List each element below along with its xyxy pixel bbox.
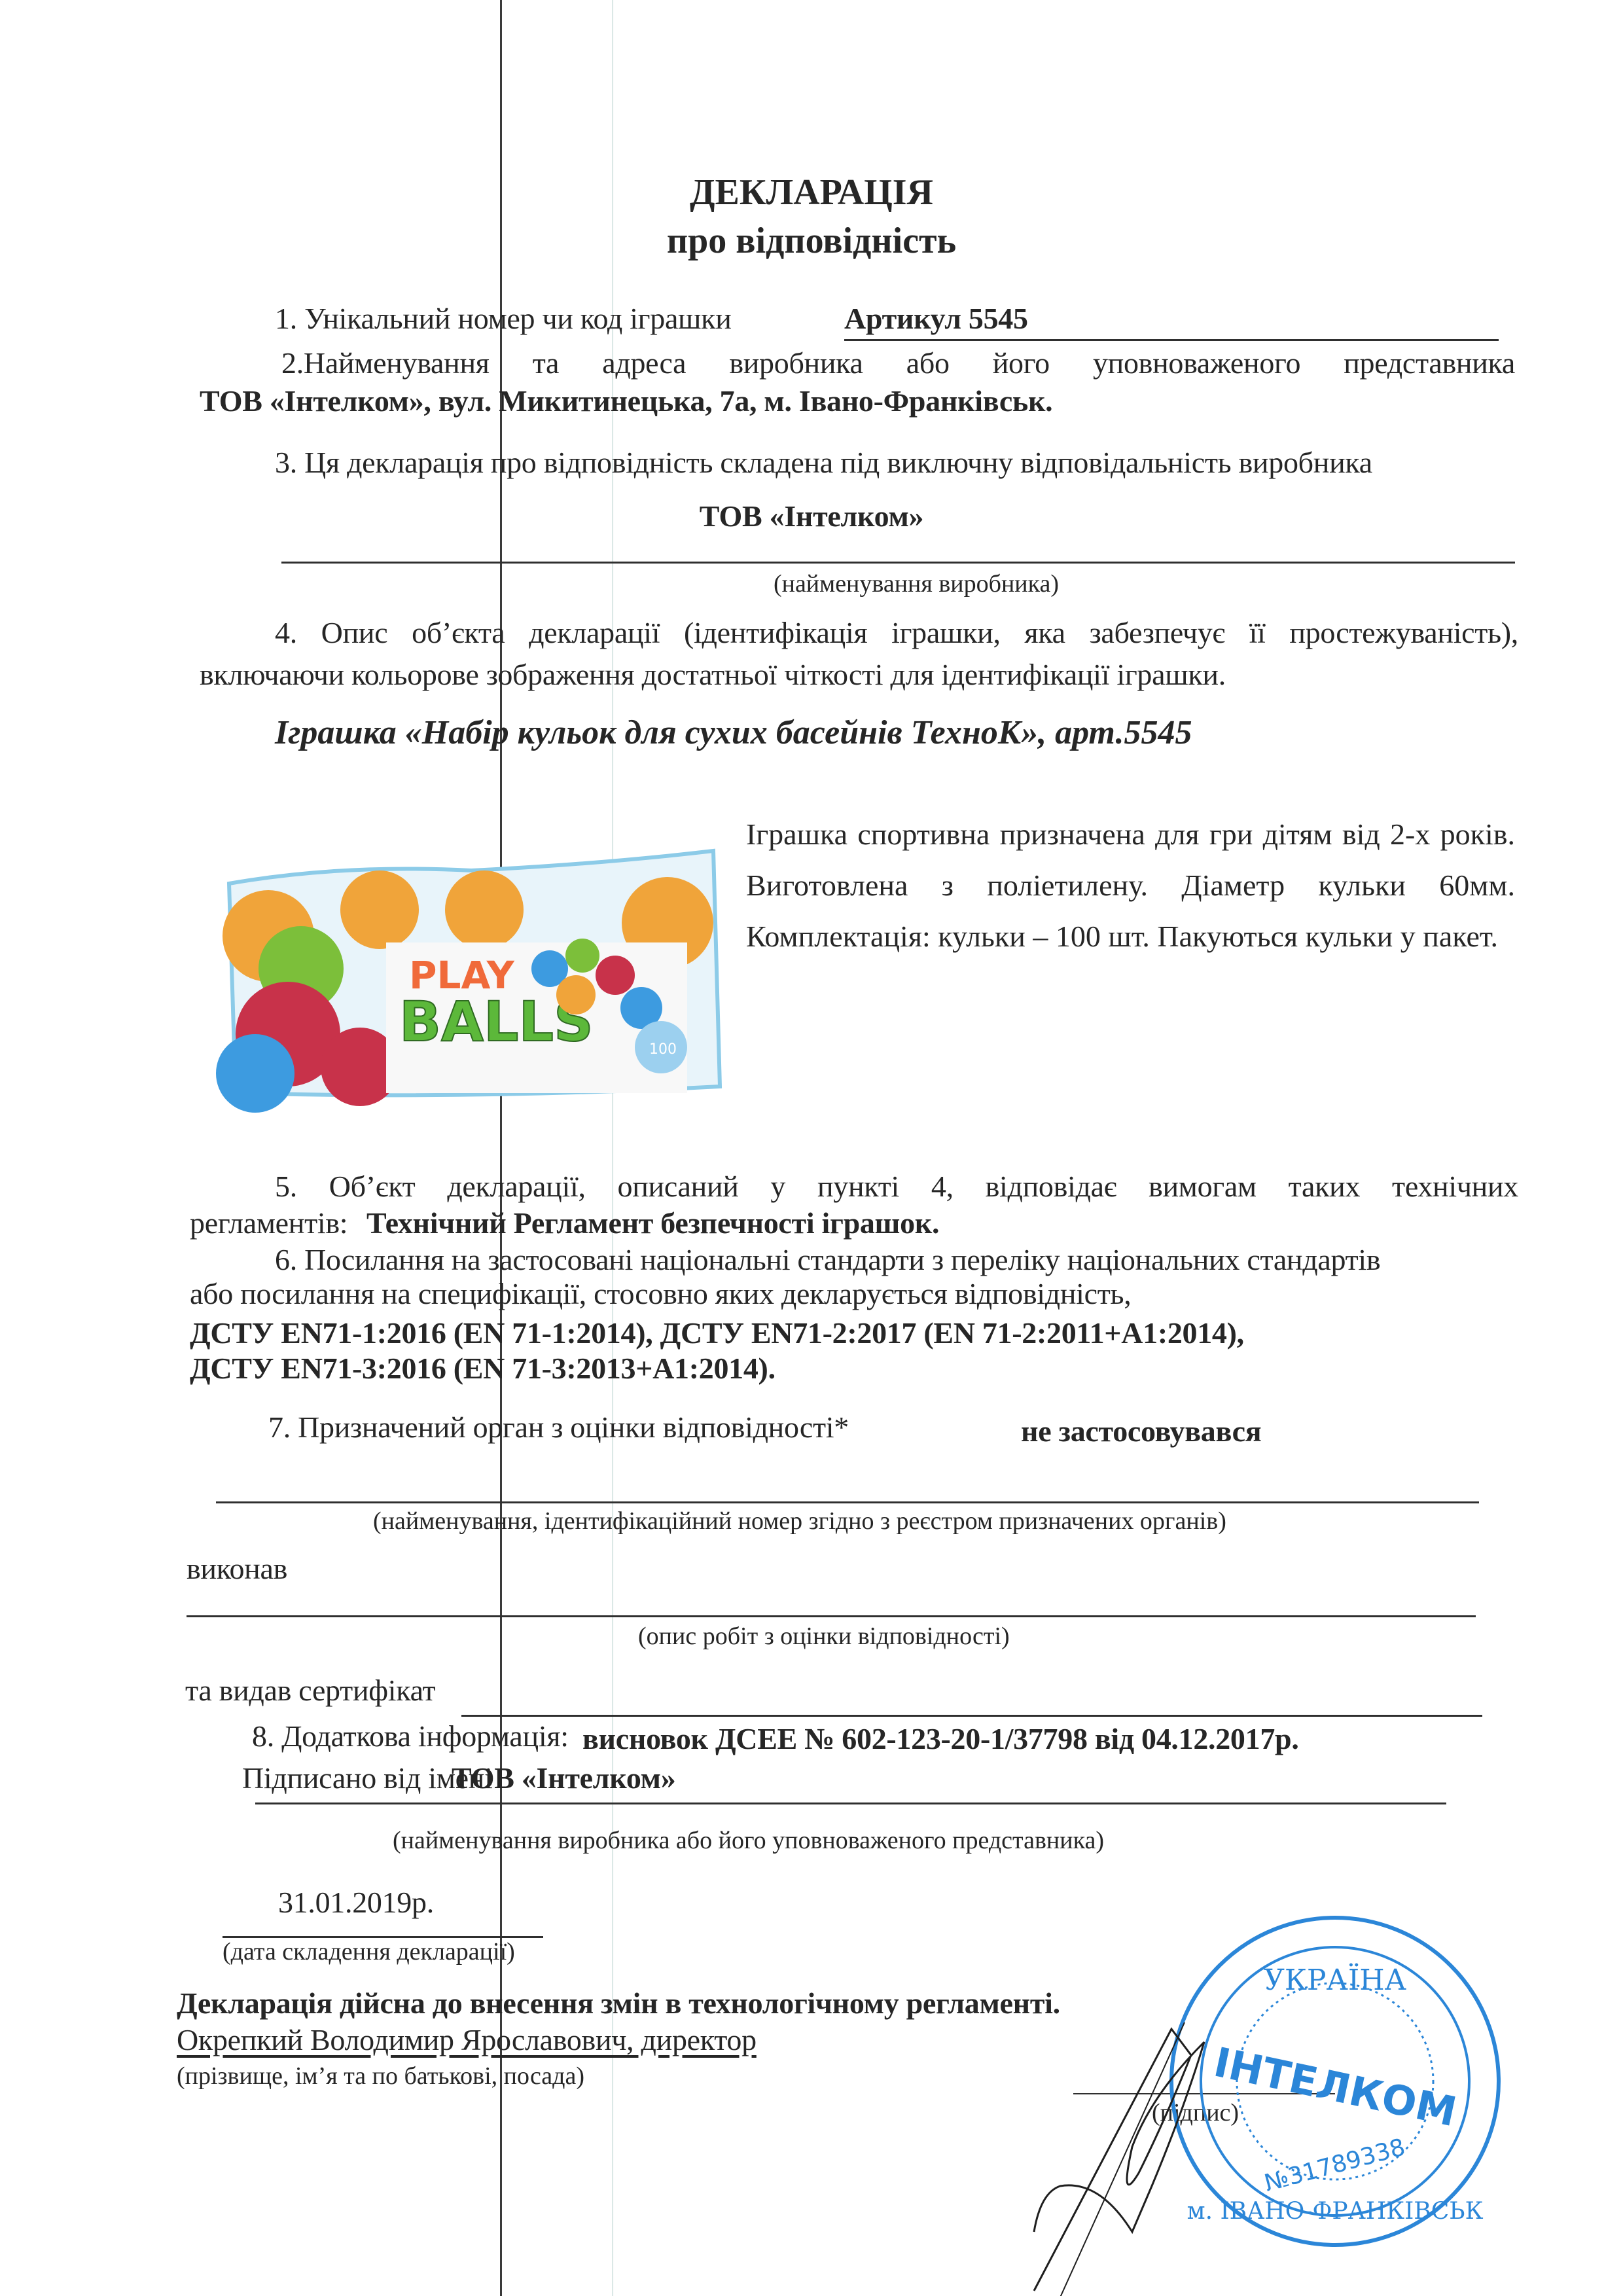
item2-label: 2.Найменування та адреса виробника або й…: [281, 346, 1515, 382]
svg-text:УКРАЇНА: УКРАЇНА: [1264, 1962, 1406, 1997]
handwritten-signature: [1021, 2016, 1361, 2296]
work-underline: [187, 1615, 1476, 1617]
date-caption: (дата складення декларації): [223, 1937, 515, 1966]
product-title: Іграшка «Набір кульок для сухих басейнів…: [275, 713, 1192, 752]
item8-value: висновок ДСЕЕ № 602-123-20-1/37798 від 0…: [582, 1721, 1299, 1756]
svg-text:100: 100: [649, 1041, 677, 1058]
page-title: ДЕКЛАРАЦІЯ: [0, 171, 1623, 213]
item7-caption-body: (найменування, ідентифікаційний номер зг…: [373, 1507, 1226, 1535]
standards-line1: ДСТУ EN71-1:2016 (EN 71-1:2014), ДСТУ EN…: [190, 1316, 1244, 1350]
item5-line2-prefix: регламентів:: [190, 1206, 348, 1240]
item3-caption: (найменування виробника): [0, 569, 1623, 598]
signed-underline: [255, 1803, 1446, 1804]
item5-line1: 5. Об’єкт декларації, описаний у пункті …: [275, 1169, 1518, 1206]
product-description: Іграшка спортивна призначена для гри діт…: [746, 809, 1515, 962]
scan-line-artifact: [613, 0, 613, 2296]
item3-value: ТОВ «Інтелком»: [0, 499, 1623, 533]
item6-line2: або посилання на специфікації, стосовно …: [190, 1276, 1131, 1311]
signed-company: ТОВ «Інтелком»: [452, 1761, 675, 1795]
item7-label: 7. Призначений орган з оцінки відповідно…: [268, 1410, 849, 1444]
product-image: PLAY BALLS 100: [209, 772, 733, 1126]
declaration-date: 31.01.2019р.: [278, 1885, 434, 1920]
item1-underline: [844, 339, 1499, 341]
item8-label: 8. Додаткова інформація:: [252, 1719, 569, 1753]
item7-underline: [216, 1501, 1479, 1503]
item1-value: Артикул 5545: [844, 301, 1028, 336]
page-subtitle: про відповідність: [0, 220, 1623, 262]
signatory-caption: (прізвище, ім’я та по батькові, посада): [177, 2062, 584, 2090]
item4-label-line2: включаючи кольорове зображення достатньо…: [200, 657, 1226, 692]
signatory-name: Окрепкий Володимир Ярославович, директор: [177, 2022, 757, 2057]
item6-line1: 6. Посилання на застосовані національні …: [275, 1242, 1380, 1277]
performed-label: виконав: [187, 1551, 287, 1586]
certificate-underline: [461, 1715, 1482, 1717]
validity-note: Декларація дійсна до внесення змін в тех…: [177, 1986, 1060, 2020]
item4-label-line1: 4. Опис об’єкта декларації (ідентифікаці…: [275, 615, 1518, 652]
item2-value: ТОВ «Інтелком», вул. Микитинецька, 7а, м…: [200, 384, 1052, 418]
item3-label: 3. Ця декларація про відповідність склад…: [275, 445, 1372, 480]
item1-label: 1. Унікальний номер чи код іграшки: [275, 301, 732, 336]
work-caption: (опис робіт з оцінки відповідності): [638, 1622, 1010, 1651]
item5-line2-value: Технічний Регламент безпечності іграшок.: [366, 1206, 939, 1240]
signed-caption: (найменування виробника або його уповнов…: [393, 1826, 1104, 1855]
item7-value: не застосовувався: [1021, 1414, 1261, 1448]
standards-line2: ДСТУ EN71-3:2016 (EN 71-3:2013+A1:2014).: [190, 1351, 776, 1386]
item3-underline: [281, 562, 1515, 564]
certificate-label: та видав сертифікат: [185, 1673, 435, 1708]
